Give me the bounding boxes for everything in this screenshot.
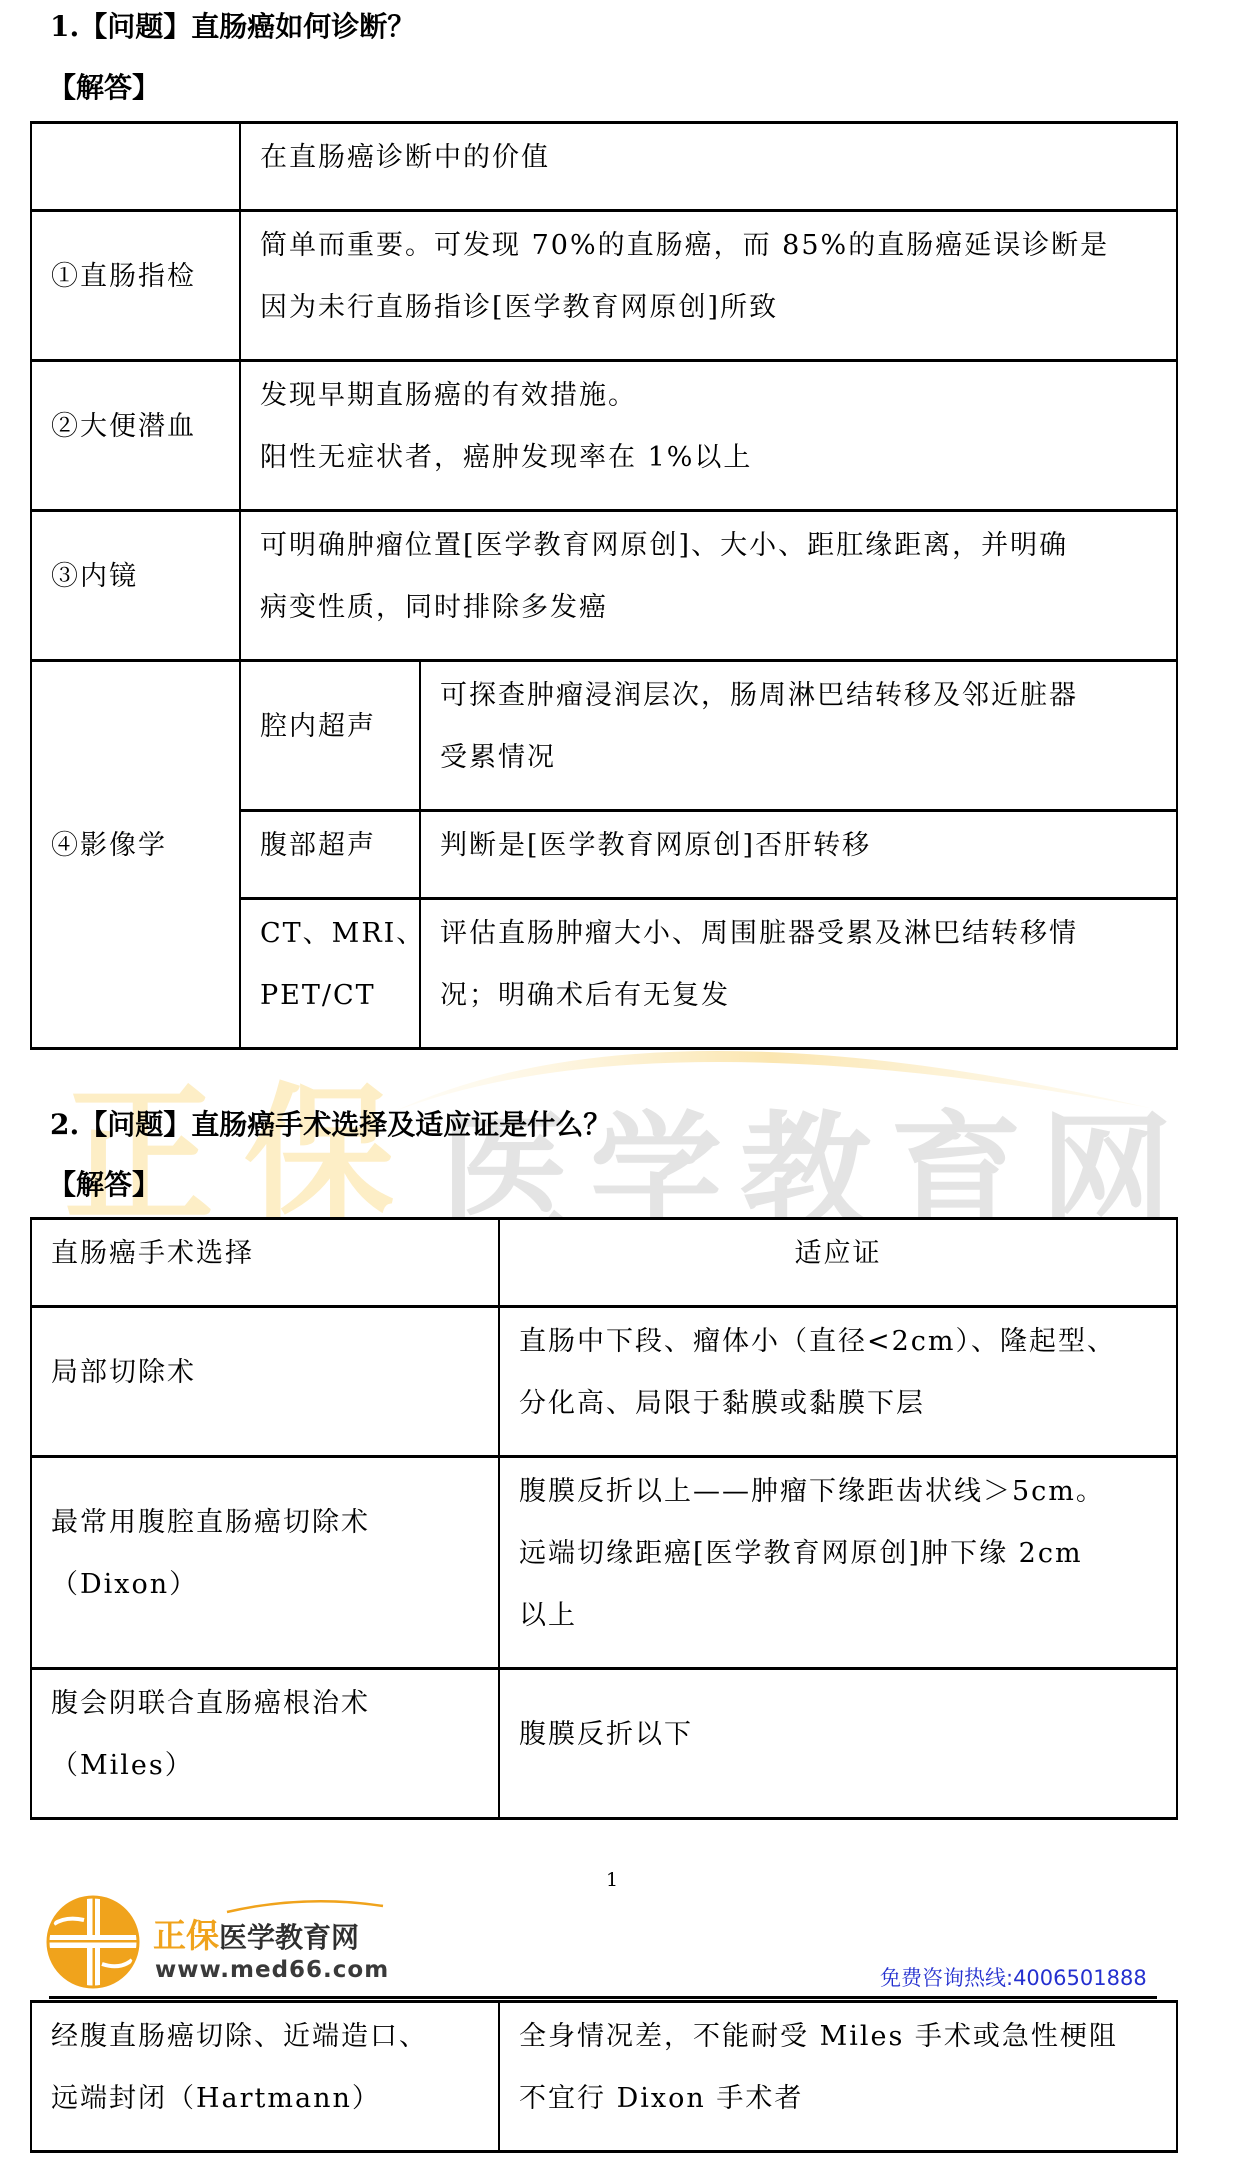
cell-line: 阳性无症状者，癌肿发现率在 1%以上 — [260, 427, 1166, 489]
cell-line: CT、MRI、 — [260, 903, 409, 965]
cell-line: 腹会阴联合直肠癌根治术 — [51, 1673, 488, 1735]
table-row: 腹会阴联合直肠癌根治术 （Miles） 腹膜反折以下 — [31, 1669, 1177, 1819]
cell-line: 评估直肠肿瘤大小、周围脏器受累及淋巴结转移情 — [440, 903, 1166, 965]
answer-1-label: 【解答】 — [48, 68, 160, 108]
cell-line: 远端切缘距癌[医学教育网原创]肿下缘 2cm — [519, 1523, 1166, 1585]
cell-line: 全身情况差，不能耐受 Miles 手术或急性梗阻 — [519, 2006, 1166, 2068]
indication-cell: 全身情况差，不能耐受 Miles 手术或急性梗阻 不宜行 Dixon 手术者 — [499, 2002, 1177, 2152]
cell-line: 直肠中下段、瘤体小（直径<2cm）、隆起型、 — [519, 1311, 1166, 1373]
submethod-cell: 腔内超声 — [240, 661, 420, 811]
cell-line: 病变性质，同时排除多发癌 — [260, 577, 1166, 639]
surgery-table: 直肠癌手术选择 适应证 局部切除术 直肠中下段、瘤体小（直径<2cm）、隆起型、… — [30, 1217, 1178, 1820]
logo-brand: 正保医学教育网 — [153, 1918, 359, 1960]
value-cell: 发现早期直肠癌的有效措施。 阳性无症状者，癌肿发现率在 1%以上 — [240, 361, 1177, 511]
table-row: 局部切除术 直肠中下段、瘤体小（直径<2cm）、隆起型、 分化高、局限于黏膜或黏… — [31, 1307, 1177, 1457]
value-cell: 判断是[医学教育网原创]否肝转移 — [420, 811, 1177, 899]
cell-line: 经腹直肠癌切除、近端造口、 — [51, 2006, 488, 2068]
logo-website: www.med66.com — [155, 1956, 389, 1984]
cell-line: 不宜行 Dixon 手术者 — [519, 2068, 1166, 2130]
logo-brand-gray: 医学教育网 — [219, 1921, 359, 1954]
table-row: ④影像学 腔内超声 可探查肿瘤浸润层次，肠周淋巴结转移及邻近脏器 受累情况 — [31, 661, 1177, 811]
method-cell: ①直肠指检 — [31, 211, 240, 361]
cell-line: 最常用腹腔直肠癌切除术 — [51, 1492, 488, 1554]
table-row: ②大便潜血 发现早期直肠癌的有效措施。 阳性无症状者，癌肿发现率在 1%以上 — [31, 361, 1177, 511]
cell-line: 因为未行直肠指诊[医学教育网原创]所致 — [260, 277, 1166, 339]
surgery-cell: 腹会阴联合直肠癌根治术 （Miles） — [31, 1669, 499, 1819]
value-cell: 可探查肿瘤浸润层次，肠周淋巴结转移及邻近脏器 受累情况 — [420, 661, 1177, 811]
logo-arc-icon — [225, 1896, 385, 1916]
table-header-row: 在直肠癌诊断中的价值 — [31, 123, 1177, 211]
cell-line: 可探查肿瘤浸润层次，肠周淋巴结转移及邻近脏器 — [440, 665, 1166, 727]
table-row: ①直肠指检 简单而重要。可发现 70%的直肠癌，而 85%的直肠癌延误诊断是 因… — [31, 211, 1177, 361]
cell-line: （Dixon） — [51, 1554, 488, 1616]
cell-line: PET/CT — [260, 965, 409, 1027]
value-cell: 评估直肠肿瘤大小、周围脏器受累及淋巴结转移情 况；明确术后有无复发 — [420, 899, 1177, 1049]
cell-line: 以上 — [519, 1585, 1166, 1647]
surgery-cell: 最常用腹腔直肠癌切除术 （Dixon） — [31, 1457, 499, 1669]
header-corner-cell — [31, 123, 240, 211]
cell-line: 腹部超声 — [260, 815, 409, 877]
value-cell: 简单而重要。可发现 70%的直肠癌，而 85%的直肠癌延误诊断是 因为未行直肠指… — [240, 211, 1177, 361]
page-number: 1 — [600, 1866, 624, 1894]
method-cell: ④影像学 — [31, 661, 240, 1049]
cell-line: 受累情况 — [440, 727, 1166, 789]
indication-cell: 腹膜反折以上——肿瘤下缘距齿状线＞5cm。 远端切缘距癌[医学教育网原创]肿下缘… — [499, 1457, 1177, 1669]
table-row: 经腹直肠癌切除、近端造口、 远端封闭（Hartmann） 全身情况差，不能耐受 … — [31, 2002, 1177, 2152]
med66-logo-icon — [46, 1894, 142, 1992]
cell-line: （Miles） — [51, 1735, 488, 1797]
method-cell: ③内镜 — [31, 511, 240, 661]
header-divider — [49, 1996, 1157, 1999]
cell-line: 分化高、局限于黏膜或黏膜下层 — [519, 1373, 1166, 1435]
cell-line: 局部切除术 — [51, 1342, 488, 1404]
value-cell: 可明确肿瘤位置[医学教育网原创]、大小、距肛缘距离，并明确 病变性质，同时排除多… — [240, 511, 1177, 661]
header-value-cell: 在直肠癌诊断中的价值 — [240, 123, 1177, 211]
submethod-cell: CT、MRI、 PET/CT — [240, 899, 420, 1049]
cell-line: 简单而重要。可发现 70%的直肠癌，而 85%的直肠癌延误诊断是 — [260, 215, 1166, 277]
indication-cell: 腹膜反折以下 — [499, 1669, 1177, 1819]
hotline-text: 免费咨询热线:4006501888 — [880, 1964, 1147, 1992]
question-1-title: 1.【问题】直肠癌如何诊断？ — [50, 7, 415, 47]
logo-brand-orange: 正保 — [153, 1916, 219, 1955]
table-row: ③内镜 可明确肿瘤位置[医学教育网原创]、大小、距肛缘距离，并明确 病变性质，同… — [31, 511, 1177, 661]
answer-2-label: 【解答】 — [48, 1165, 160, 1205]
cell-line: 可明确肿瘤位置[医学教育网原创]、大小、距肛缘距离，并明确 — [260, 515, 1166, 577]
surgery-cell: 经腹直肠癌切除、近端造口、 远端封闭（Hartmann） — [31, 2002, 499, 2152]
cell-line: 判断是[医学教育网原创]否肝转移 — [440, 815, 1166, 877]
table-header-row: 直肠癌手术选择 适应证 — [31, 1219, 1177, 1307]
indication-cell: 直肠中下段、瘤体小（直径<2cm）、隆起型、 分化高、局限于黏膜或黏膜下层 — [499, 1307, 1177, 1457]
surgery-table-continued: 经腹直肠癌切除、近端造口、 远端封闭（Hartmann） 全身情况差，不能耐受 … — [30, 2000, 1178, 2153]
cell-line: 远端封闭（Hartmann） — [51, 2068, 488, 2130]
cell-line: 腔内超声 — [260, 696, 409, 758]
cell-line: 腹膜反折以下 — [519, 1704, 1166, 1766]
diagnosis-table: 在直肠癌诊断中的价值 ①直肠指检 简单而重要。可发现 70%的直肠癌，而 85%… — [30, 121, 1178, 1050]
table-row: 最常用腹腔直肠癌切除术 （Dixon） 腹膜反折以上——肿瘤下缘距齿状线＞5cm… — [31, 1457, 1177, 1669]
header-surgery-cell: 直肠癌手术选择 — [31, 1219, 499, 1307]
submethod-cell: 腹部超声 — [240, 811, 420, 899]
header-indication-cell: 适应证 — [499, 1219, 1177, 1307]
surgery-cell: 局部切除术 — [31, 1307, 499, 1457]
cell-line: 腹膜反折以上——肿瘤下缘距齿状线＞5cm。 — [519, 1461, 1166, 1523]
cell-line: 况；明确术后有无复发 — [440, 965, 1166, 1027]
question-2-title: 2.【问题】直肠癌手术选择及适应证是什么？ — [50, 1105, 611, 1145]
cell-line: 发现早期直肠癌的有效措施。 — [260, 365, 1166, 427]
method-cell: ②大便潜血 — [31, 361, 240, 511]
